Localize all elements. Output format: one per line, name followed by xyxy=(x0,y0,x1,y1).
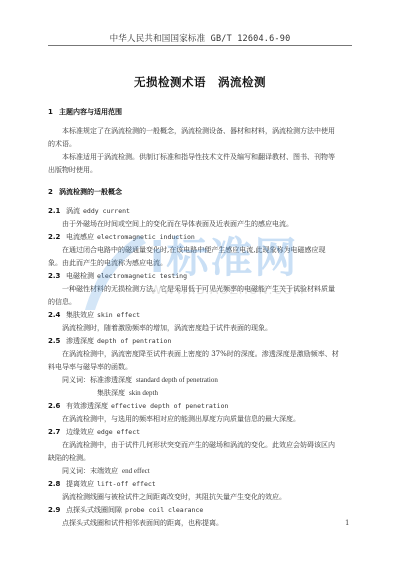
term-zh: 集肤效应 xyxy=(66,311,94,319)
term-zh: 边缘效应 xyxy=(66,428,94,436)
term-number: 2.9 xyxy=(48,504,66,517)
term-zh: 电流感应 xyxy=(66,233,94,241)
running-header: 中华人民共和国国家标准 GB/T 12604.6-90 xyxy=(48,32,352,44)
section-number: 2 xyxy=(48,186,59,199)
term-en: edge effect xyxy=(97,428,140,436)
term-2-2: 2.2电流感应electromagnetic induction xyxy=(48,231,352,244)
term-en: depth of pentration xyxy=(97,337,171,345)
document-body: 1主题内容与适用范围 本标准规定了在涡流检测的一般概念，涡流检测设备、器材和材料… xyxy=(48,106,352,530)
synonym-en: standard depth of penetration xyxy=(136,376,218,384)
paragraph: 本标准适用于涡流检测。供制订标准和指导性技术文件及编写和翻译教材、图书、刊物等 xyxy=(48,151,352,164)
synonym-en: skin depth xyxy=(129,389,158,397)
synonym-zh: 标准渗透深度 xyxy=(90,376,132,384)
term-en: eddy current xyxy=(83,207,130,215)
term-definition: 在涡流检测中，与选用的频率相对应的能测出厚度方向质量信息的最大深度。 xyxy=(48,413,352,426)
term-number: 2.3 xyxy=(48,270,66,283)
term-synonym: 同义词：标准渗透深度standard depth of penetration xyxy=(48,374,352,387)
term-2-5: 2.5渗透深度depth of pentration xyxy=(48,335,352,348)
term-number: 2.4 xyxy=(48,309,66,322)
term-2-3: 2.3电磁检测electromagnetic testing xyxy=(48,270,352,283)
synonym-zh: 集肤深度 xyxy=(97,389,125,397)
paragraph: 本标准规定了在涡流检测的一般概念，涡流检测设备、器材和材料，涡流检测方法中使用 xyxy=(48,125,352,138)
term-number: 2.6 xyxy=(48,400,66,413)
term-synonym: 集肤深度skin depth xyxy=(48,387,352,400)
term-definition-cont: 缺陷的检测。 xyxy=(48,452,352,465)
term-synonym: 同义词：末端效应end effect xyxy=(48,465,352,478)
title-sub: 涡流检测 xyxy=(218,75,266,89)
term-zh: 电磁检测 xyxy=(66,272,94,280)
term-definition: 涡流检测线圈与被检试件之间距离改变时，其阻抗矢量产生变化的效应。 xyxy=(48,491,352,504)
page-number: 1 xyxy=(345,519,349,527)
term-definition: 在涡流检测中，涡流密度降至试件表面上密度的 37%时的深度。渗透深度是激励频率、… xyxy=(48,348,352,361)
term-number: 2.5 xyxy=(48,335,66,348)
paragraph-cont: 出版物时使用。 xyxy=(48,164,352,177)
term-definition-cont: 的信息。 xyxy=(48,296,352,309)
term-en: skin effect xyxy=(97,311,140,319)
term-zh: 渗透深度 xyxy=(66,337,94,345)
term-definition: 一种磁性材料的无损检测方法。它是采用低于可见光频率的电磁能产生关于试验材料质量 xyxy=(48,283,352,296)
term-en: probe coil clearance xyxy=(125,506,203,514)
synonym-en: end effect xyxy=(122,467,150,475)
term-2-1: 2.1涡流eddy current xyxy=(48,205,352,218)
section-heading-1: 1主题内容与适用范围 xyxy=(48,106,352,119)
term-number: 2.1 xyxy=(48,205,66,218)
term-2-7: 2.7边缘效应edge effect xyxy=(48,426,352,439)
term-definition: 在涡流检测中，由于试件几何形状突变而产生的磁场和涡流的变化。此效应会妨碍该区内 xyxy=(48,439,352,452)
term-number: 2.7 xyxy=(48,426,66,439)
section-heading-2: 2涡流检测的一般概念 xyxy=(48,186,352,199)
synonym-zh: 末端效应 xyxy=(90,467,118,475)
term-zh: 提离效应 xyxy=(66,480,94,488)
term-number: 2.8 xyxy=(48,478,66,491)
term-zh: 点探头式线圈间隙 xyxy=(66,506,122,514)
term-definition: 点探头式线圈和试件相邻表面间的距离，也称提离。 xyxy=(48,517,352,530)
term-2-8: 2.8提离效应lift-off effect xyxy=(48,478,352,491)
header-rule xyxy=(48,45,352,46)
term-definition: 涡流检测时，随着激励频率的增加，涡流密度趋于试件表面的现象。 xyxy=(48,322,352,335)
document-title: 无损检测术语涡流检测 xyxy=(0,74,400,90)
term-2-4: 2.4集肤效应skin effect xyxy=(48,309,352,322)
term-2-9: 2.9点探头式线圈间隙probe coil clearance xyxy=(48,504,352,517)
term-number: 2.2 xyxy=(48,231,66,244)
term-definition-cont: 料电导率与磁导率的函数。 xyxy=(48,361,352,374)
term-zh: 有效渗透深度 xyxy=(66,402,108,410)
paragraph-cont: 的术语。 xyxy=(48,138,352,151)
term-en: electromagnetic induction xyxy=(97,233,195,241)
synonym-label: 同义词： xyxy=(62,467,90,475)
term-zh: 涡流 xyxy=(66,207,80,215)
term-definition-cont: 象。由此而产生的电流称为感应电流。 xyxy=(48,257,352,270)
term-definition: 在通过闭合电路中的磁通量变化时,在该电路中便产生感应电流,此现象称为电磁感应现 xyxy=(48,244,352,257)
term-definition: 由于外磁场在时间或空间上的变化而在导体表面及近表面产生的感应电流。 xyxy=(48,218,352,231)
title-main: 无损检测术语 xyxy=(134,75,206,89)
synonym-label: 同义词： xyxy=(62,376,90,384)
section-title: 主题内容与适用范围 xyxy=(59,108,122,116)
term-en: lift-off effect xyxy=(97,480,156,488)
section-title: 涡流检测的一般概念 xyxy=(59,188,122,196)
term-en: electromagnetic testing xyxy=(97,272,187,280)
document-page: 中华人民共和国国家标准 GB/T 12604.6-90 无损检测术语涡流检测 1… xyxy=(0,0,400,566)
section-number: 1 xyxy=(48,106,59,119)
term-2-6: 2.6有效渗透深度effective depth of penetration xyxy=(48,400,352,413)
term-en: effective depth of penetration xyxy=(111,402,228,410)
